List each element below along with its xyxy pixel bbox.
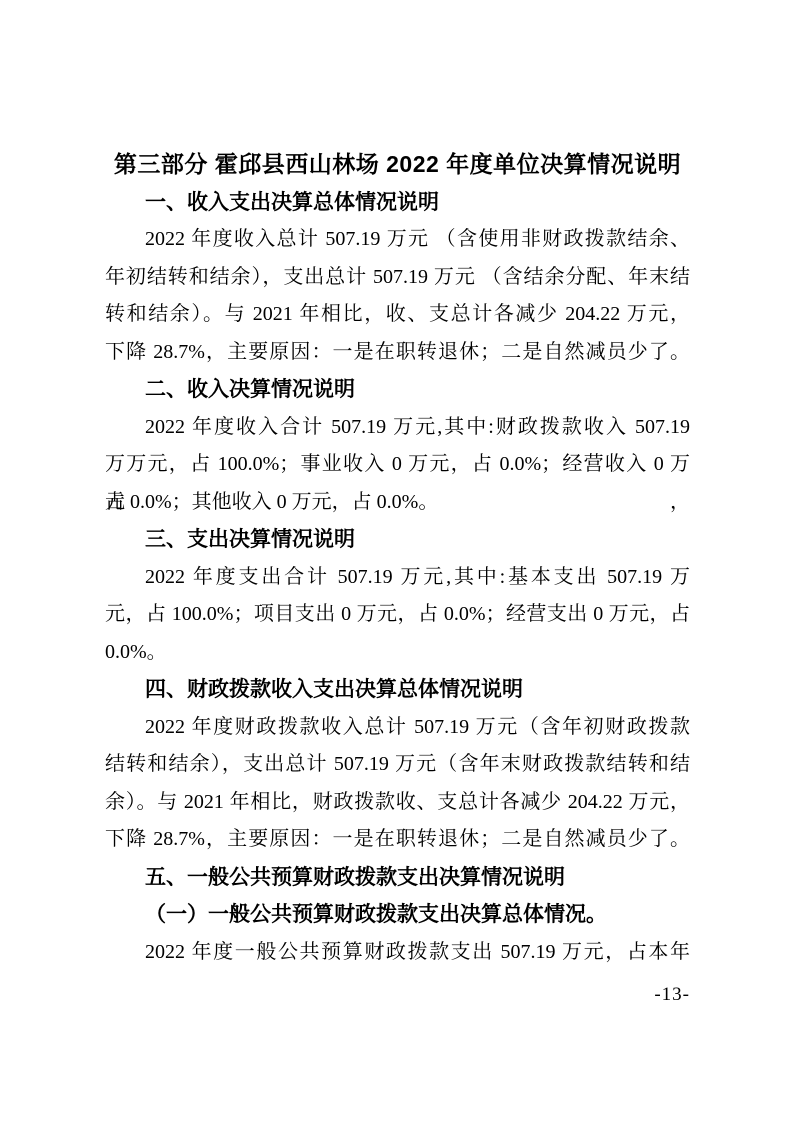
body-line: 转和结余）。与 2021 年相比，收、支总计各减少 204.22 万元，: [105, 296, 690, 334]
body-line: 2022 年度财政拨款收入总计 507.19 万元（含年初财政拨款: [105, 709, 690, 747]
page-title: 第三部分 霍邱县西山林场 2022 年度单位决算情况说明: [105, 146, 690, 184]
section-3-heading: 三、支出决算情况说明: [105, 521, 690, 559]
body-line: 余）。与 2021 年相比，财政拨款收、支总计各减少 204.22 万元，: [105, 784, 690, 822]
body-line: 0.0%。: [105, 634, 690, 672]
body-line: 年初结转和结余），支出总计 507.19 万元 （含结余分配、年末结: [105, 259, 690, 297]
section-5-subheading: （一）一般公共预算财政拨款支出决算总体情况。: [105, 896, 690, 934]
body-line: 下降 28.7%，主要原因：一是在职转退休；二是自然减员少了。: [105, 821, 690, 859]
document-content: 第三部分 霍邱县西山林场 2022 年度单位决算情况说明 一、收入支出决算总体情…: [105, 146, 690, 1014]
body-line: 2022 年度收入合计 507.19 万元,其中:财政拨款收入 507.19: [105, 409, 690, 447]
body-line: 万万元，占 100.0%；事业收入 0 万元，占 0.0%；经营收入 0 万元，: [105, 446, 690, 484]
section-2-heading: 二、收入决算情况说明: [105, 371, 690, 409]
section-4-heading: 四、财政拨款收入支出决算总体情况说明: [105, 671, 690, 709]
body-line: 元，占 100.0%；项目支出 0 万元，占 0.0%；经营支出 0 万元，占: [105, 596, 690, 634]
section-5-heading: 五、一般公共预算财政拨款支出决算情况说明: [105, 859, 690, 897]
body-line: 结转和结余），支出总计 507.19 万元（含年末财政拨款结转和结: [105, 746, 690, 784]
section-1-heading: 一、收入支出决算总体情况说明: [105, 184, 690, 222]
body-line: 2022 年度收入总计 507.19 万元 （含使用非财政拨款结余、: [105, 221, 690, 259]
body-line: 下降 28.7%，主要原因：一是在职转退休；二是自然减员少了。: [105, 334, 690, 372]
body-line: 2022 年度一般公共预算财政拨款支出 507.19 万元，占本年: [105, 934, 690, 972]
page-number: -13-: [105, 976, 690, 1014]
body-line: 2022 年度支出合计 507.19 万元,其中:基本支出 507.19 万: [105, 559, 690, 597]
document-page: 第三部分 霍邱县西山林场 2022 年度单位决算情况说明 一、收入支出决算总体情…: [0, 0, 793, 1122]
